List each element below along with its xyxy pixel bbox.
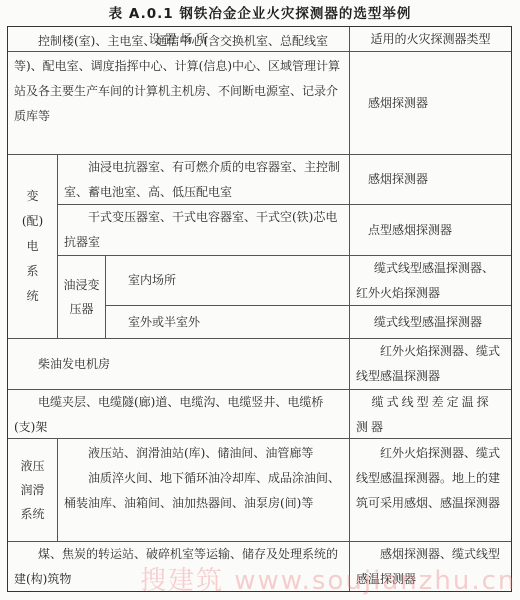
detector-text: 感烟探测器: [368, 167, 428, 192]
subgroup-oil-transformer-label: 油浸变 压器: [58, 256, 105, 338]
detector-cell: 缆式线型差定温探测器: [350, 390, 511, 440]
location-cell: 柴油发电机房: [8, 339, 349, 389]
location-cell: 液压站、润滑油站(库)、储油间、油管廊等: [58, 441, 349, 466]
detector-cell: 缆式线型感温探测器: [350, 306, 511, 338]
group-label-text: 液压 润滑 系统: [20, 454, 44, 526]
location-text: 室外或半室外: [128, 310, 200, 335]
detector-cell: 红外火焰探测器、缆式线型感温探测器: [350, 339, 511, 389]
detector-cell: 感烟探测器: [350, 155, 511, 204]
location-text: 柴油发电机房: [38, 352, 110, 377]
detector-text: 缆式线型感温探测器: [374, 310, 482, 335]
location-cell: 油浸电抗器室、有可燃介质的电容器室、主控制室、蓄电池室、高、低压配电室: [58, 155, 349, 205]
location-cell: 室外或半室外: [106, 306, 349, 338]
detector-cell: 感烟探测器、缆式线型感温探测器: [350, 542, 511, 592]
location-cell: 电缆夹层、电缆隧(廊)道、电缆沟、电缆竖井、电缆桥(支)架: [8, 390, 349, 440]
group-hydraulic-label: 液压 润滑 系统: [8, 439, 57, 541]
location-cell: 室内场所: [106, 256, 349, 305]
group-label-text: 变 (配) 电 系 统: [22, 184, 43, 309]
detector-text: 点型感烟探测器: [368, 218, 452, 243]
subgroup-label-text: 油浸变 压器: [63, 273, 99, 321]
location-cell: 油质淬火间、地下循环油冷却库、成品涂油间、桶装油库、油箱间、油加热器间、油泵房(…: [58, 466, 349, 516]
table-title: 表 A.0.1 钢铁冶金企业火灾探测器的选型举例: [0, 2, 520, 22]
detector-cell: 感烟探测器: [350, 52, 511, 154]
header-detector: 适用的火灾探测器类型: [350, 27, 511, 51]
detector-selection-table: 设 置 场 所 适用的火灾探测器类型 控制楼(室)、主电室、通信中心(含交换机室…: [7, 26, 512, 592]
location-text: 室内场所: [128, 268, 176, 293]
detector-text: 感烟探测器: [368, 91, 428, 116]
detector-cell: 红外火焰探测器、缆式线型感温探测器。地上的建筑可采用感烟、感温探测器: [350, 441, 511, 516]
location-cell: 干式变压器室、干式电容器室、干式空(铁)芯电抗器室: [58, 205, 349, 255]
location-cell: 控制楼(室)、主电室、通信中心(含交换机室、总配线室等)、配电室、调度指挥中心、…: [8, 29, 349, 129]
detector-cell: 点型感烟探测器: [350, 205, 511, 255]
location-cell: 煤、焦炭的转运站、破碎机室等运输、储存及处理系统的建(构)筑物: [8, 542, 349, 592]
detector-cell: 缆式线型感温探测器、红外火焰探测器: [350, 256, 511, 306]
group-substation-label: 变 (配) 电 系 统: [8, 155, 57, 338]
